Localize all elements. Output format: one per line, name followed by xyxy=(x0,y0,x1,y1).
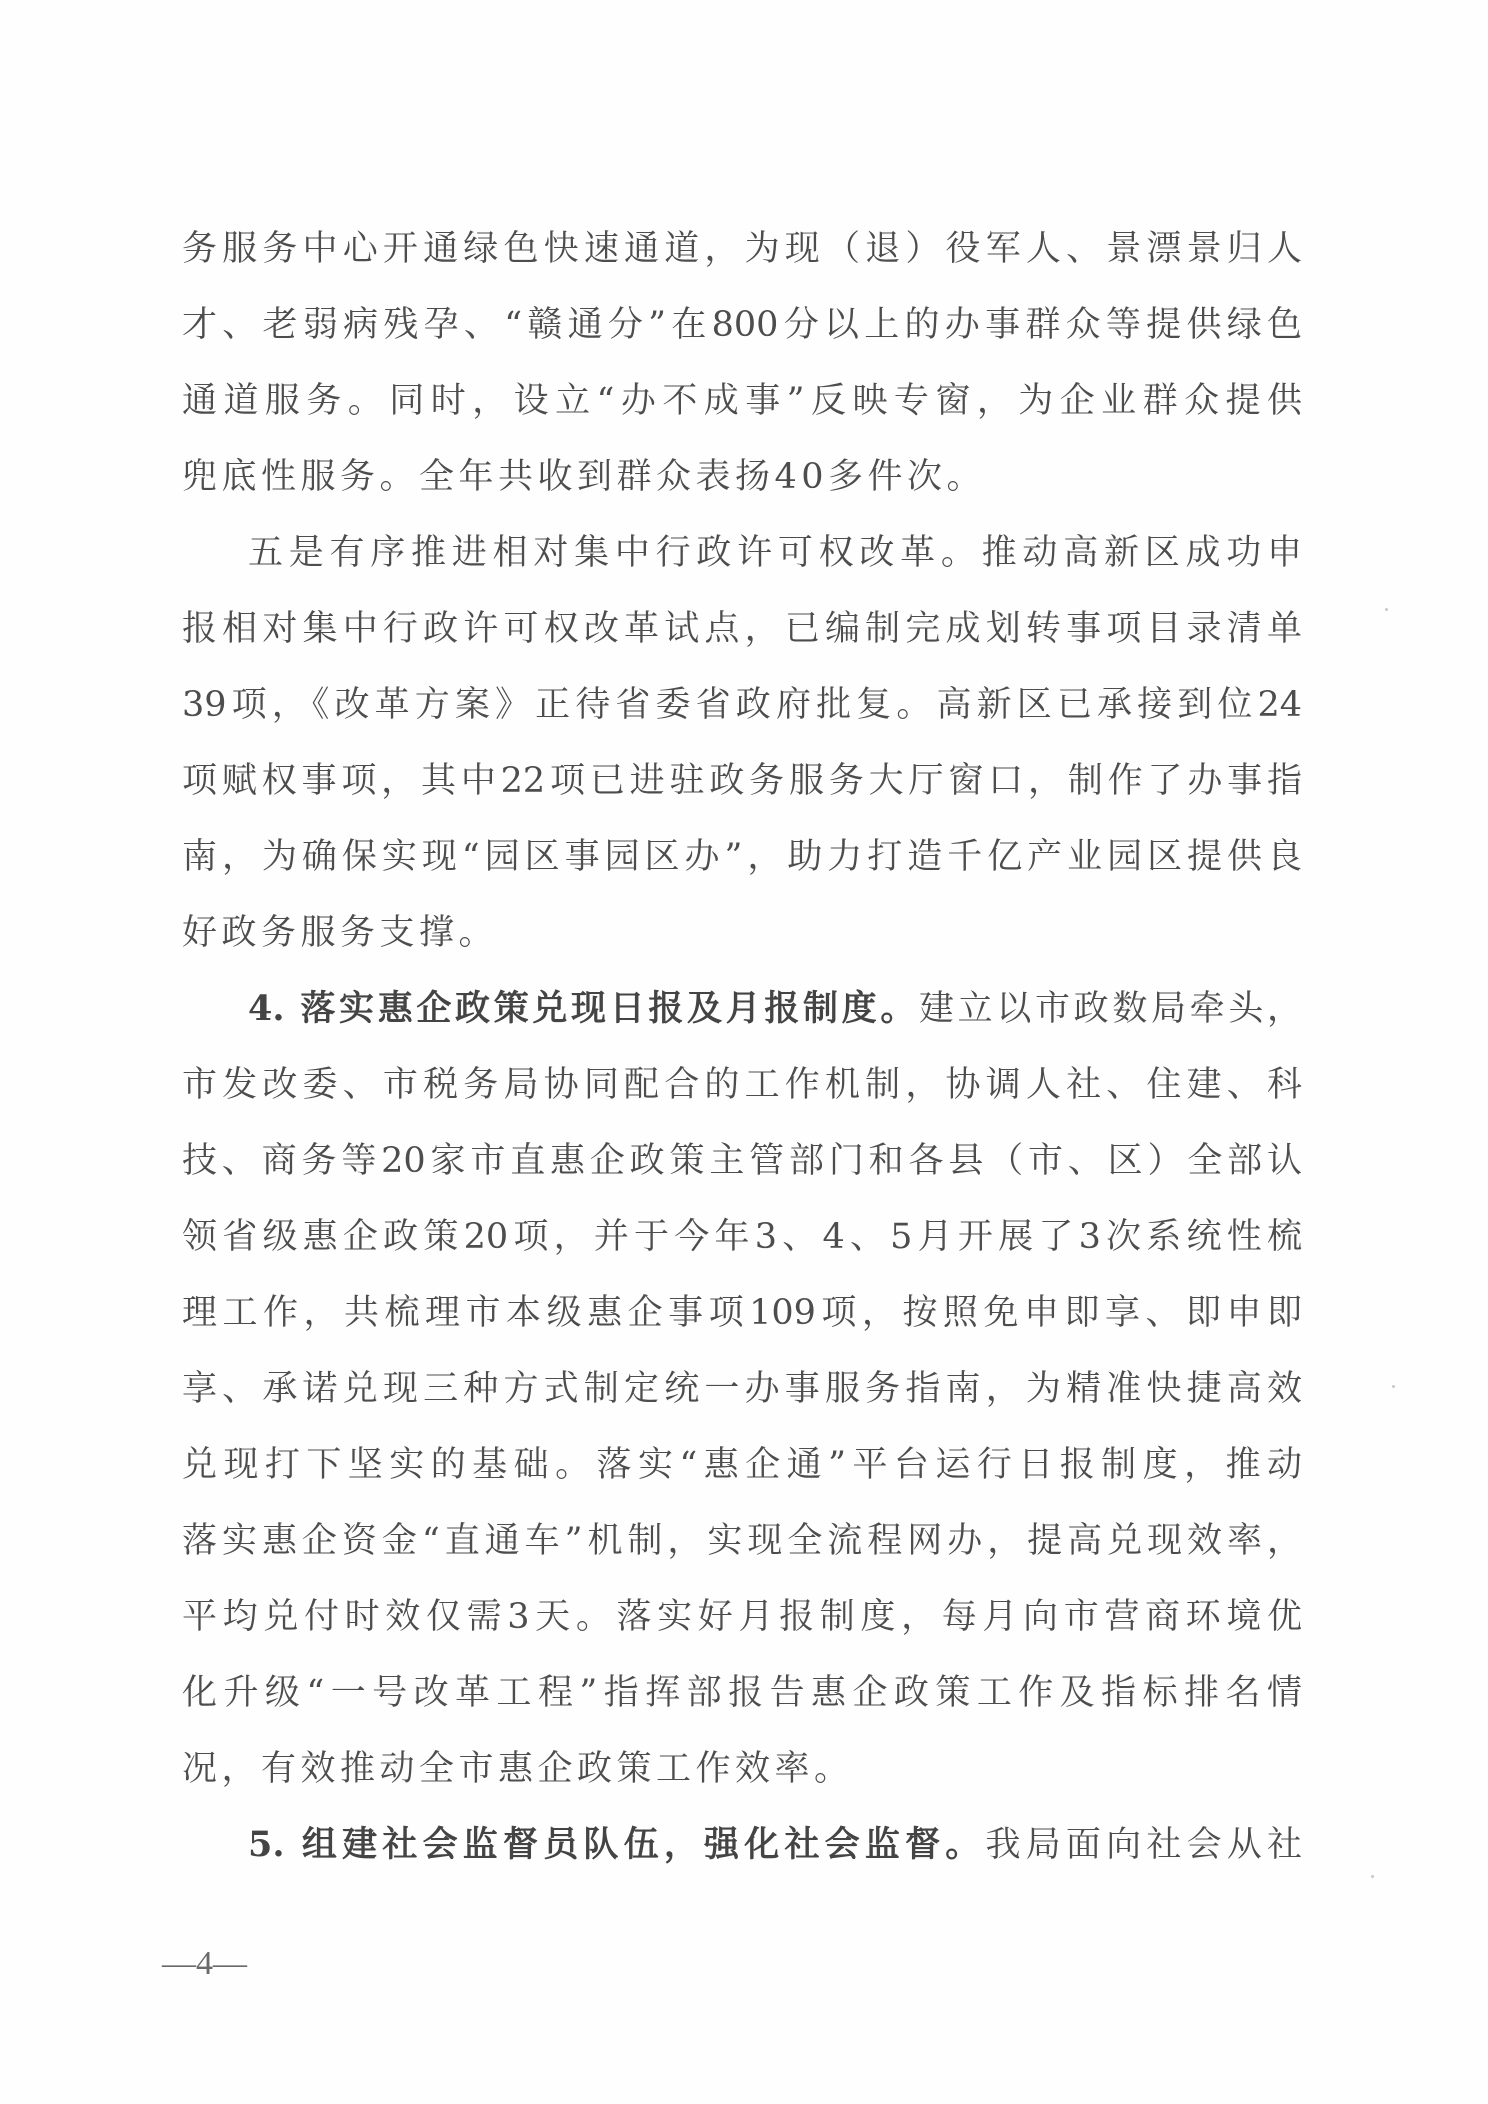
page-number: —4— xyxy=(162,1944,247,1984)
text-line: 平均兑付时效仅需3天。落实好月报制度，每月向市营商环境优 xyxy=(182,1579,1302,1655)
section-heading: 4. 落实惠企政策兑现日报及月报制度。 xyxy=(248,988,919,1029)
text-line: 化升级“一号改革工程”指挥部报告惠企政策工作及指标排名情 xyxy=(182,1655,1302,1731)
text-line: 况，有效推动全市惠企政策工作效率。 xyxy=(182,1731,1302,1807)
text-line: 南，为确保实现“园区事园区办”，助力打造千亿产业园区提供良 xyxy=(182,819,1302,895)
scan-speck xyxy=(1385,608,1388,611)
text-line: 项赋权事项，其中22项已进驻政务服务大厅窗口，制作了办事指 xyxy=(182,743,1302,819)
text-line: 市发改委、市税务局协同配合的工作机制，协调人社、住建、科 xyxy=(182,1047,1302,1123)
text-line: 5. 组建社会监督员队伍，强化社会监督。我局面向社会从社 xyxy=(182,1807,1302,1883)
text-line: 才、老弱病残孕、“赣通分”在800分以上的办事群众等提供绿色 xyxy=(182,287,1302,363)
section-5-social-supervision: 5. 组建社会监督员队伍，强化社会监督。我局面向社会从社 xyxy=(182,1807,1302,1883)
text-line: 五是有序推进相对集中行政许可权改革。推动高新区成功申 xyxy=(182,515,1302,591)
text-line: 兑现打下坚实的基础。落实“惠企通”平台运行日报制度，推动 xyxy=(182,1427,1302,1503)
section-text: 我局面向社会从社 xyxy=(986,1825,1302,1865)
scan-speck xyxy=(1371,1875,1374,1878)
section-4-policy-reporting: 4. 落实惠企政策兑现日报及月报制度。建立以市政数局牵头， 市发改委、市税务局协… xyxy=(182,971,1302,1807)
paragraph-administrative-licensing-reform: 五是有序推进相对集中行政许可权改革。推动高新区成功申 报相对集中行政许可权改革试… xyxy=(182,515,1302,971)
text-line: 通道服务。同时，设立“办不成事”反映专窗，为企业群众提供 xyxy=(182,363,1302,439)
text-line: 报相对集中行政许可权改革试点，已编制完成划转事项目录清单 xyxy=(182,591,1302,667)
text-line: 理工作，共梳理市本级惠企事项109项，按照免申即享、即申即 xyxy=(182,1275,1302,1351)
text-line: 领省级惠企政策20项，并于今年3、4、5月开展了3次系统性梳 xyxy=(182,1199,1302,1275)
section-text: 建立以市政数局牵头， xyxy=(919,989,1302,1029)
text-line: 享、承诺兑现三种方式制定统一办事服务指南，为精准快捷高效 xyxy=(182,1351,1302,1427)
section-heading: 5. 组建社会监督员队伍，强化社会监督。 xyxy=(248,1824,986,1865)
text-line: 好政务服务支撑。 xyxy=(182,895,1302,971)
scan-speck xyxy=(1392,1385,1395,1388)
text-line: 4. 落实惠企政策兑现日报及月报制度。建立以市政数局牵头， xyxy=(182,971,1302,1047)
text-line: 落实惠企资金“直通车”机制，实现全流程网办，提高兑现效率， xyxy=(182,1503,1302,1579)
text-line: 技、商务等20家市直惠企政策主管部门和各县（市、区）全部认 xyxy=(182,1123,1302,1199)
document-page: 务服务中心开通绿色快速通道，为现（退）役军人、景漂景归人 才、老弱病残孕、“赣通… xyxy=(0,0,1488,2104)
document-body: 务服务中心开通绿色快速通道，为现（退）役军人、景漂景归人 才、老弱病残孕、“赣通… xyxy=(182,211,1302,1883)
text-line: 务服务中心开通绿色快速通道，为现（退）役军人、景漂景归人 xyxy=(182,211,1302,287)
paragraph-green-channel-continued: 务服务中心开通绿色快速通道，为现（退）役军人、景漂景归人 才、老弱病残孕、“赣通… xyxy=(182,211,1302,515)
text-line: 39项，《改革方案》正待省委省政府批复。高新区已承接到位24 xyxy=(182,667,1302,743)
text-line: 兜底性服务。全年共收到群众表扬40多件次。 xyxy=(182,439,1302,515)
